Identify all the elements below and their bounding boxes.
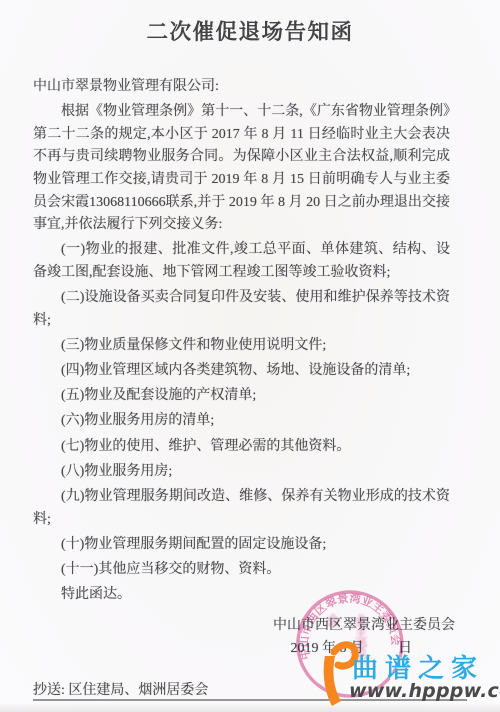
body-paragraph: (九)物业管理服务期间改造、维修、保养有关物业形成的技术资料;: [33, 486, 450, 531]
body-paragraph: (十一)其他应当移交的财物、资料。: [33, 559, 450, 582]
body-paragraph: (四)物业管理区域内各类建筑物、场地、设施设备的清单;: [33, 360, 450, 383]
body-paragraph: (二)设施设备买卖合同复印件及安装、使用和维护保养等技术资料;: [33, 287, 450, 332]
signature-org: 中山市西区翠景湾业主委员会: [0, 614, 500, 637]
body-paragraph: (六)物业服务用房的清单;: [33, 410, 450, 433]
body-paragraph: (一)物业的报建、批准文件,竣工总平面、单体建筑、结构、设备竣工图,配套设施、地…: [33, 239, 450, 284]
document-title: 二次催促退场告知函: [0, 0, 500, 46]
salutation: 中山市翠景物业管理有限公司:: [33, 76, 450, 99]
body-paragraph: (五)物业及配套设施的产权清单;: [33, 385, 450, 408]
watermark-site-url: www.hpppw.com: [349, 680, 500, 702]
document-page: 二次催促退场告知函 中山市翠景物业管理有限公司: 根据《物业管理条例》第十一、十…: [0, 0, 500, 712]
document-body: 中山市翠景物业管理有限公司: 根据《物业管理条例》第十一、十二条,《广东省物业管…: [0, 46, 500, 607]
body-paragraph: (八)物业服务用房;: [33, 461, 450, 484]
body-paragraph: 根据《物业管理条例》第十一、十二条,《广东省物业管理条例》第二十二条的规定,本小…: [33, 101, 450, 237]
body-paragraph: (十)物业管理服务期间配置的固定设施设备;: [33, 534, 450, 557]
body-paragraph: (七)物业的使用、维护、管理必需的其他资料。: [33, 436, 450, 459]
cc-line: 抄送: 区住建局、烟洲居委会: [33, 681, 208, 701]
body-paragraph: (三)物业质量保修文件和物业使用说明文件;: [33, 335, 450, 358]
